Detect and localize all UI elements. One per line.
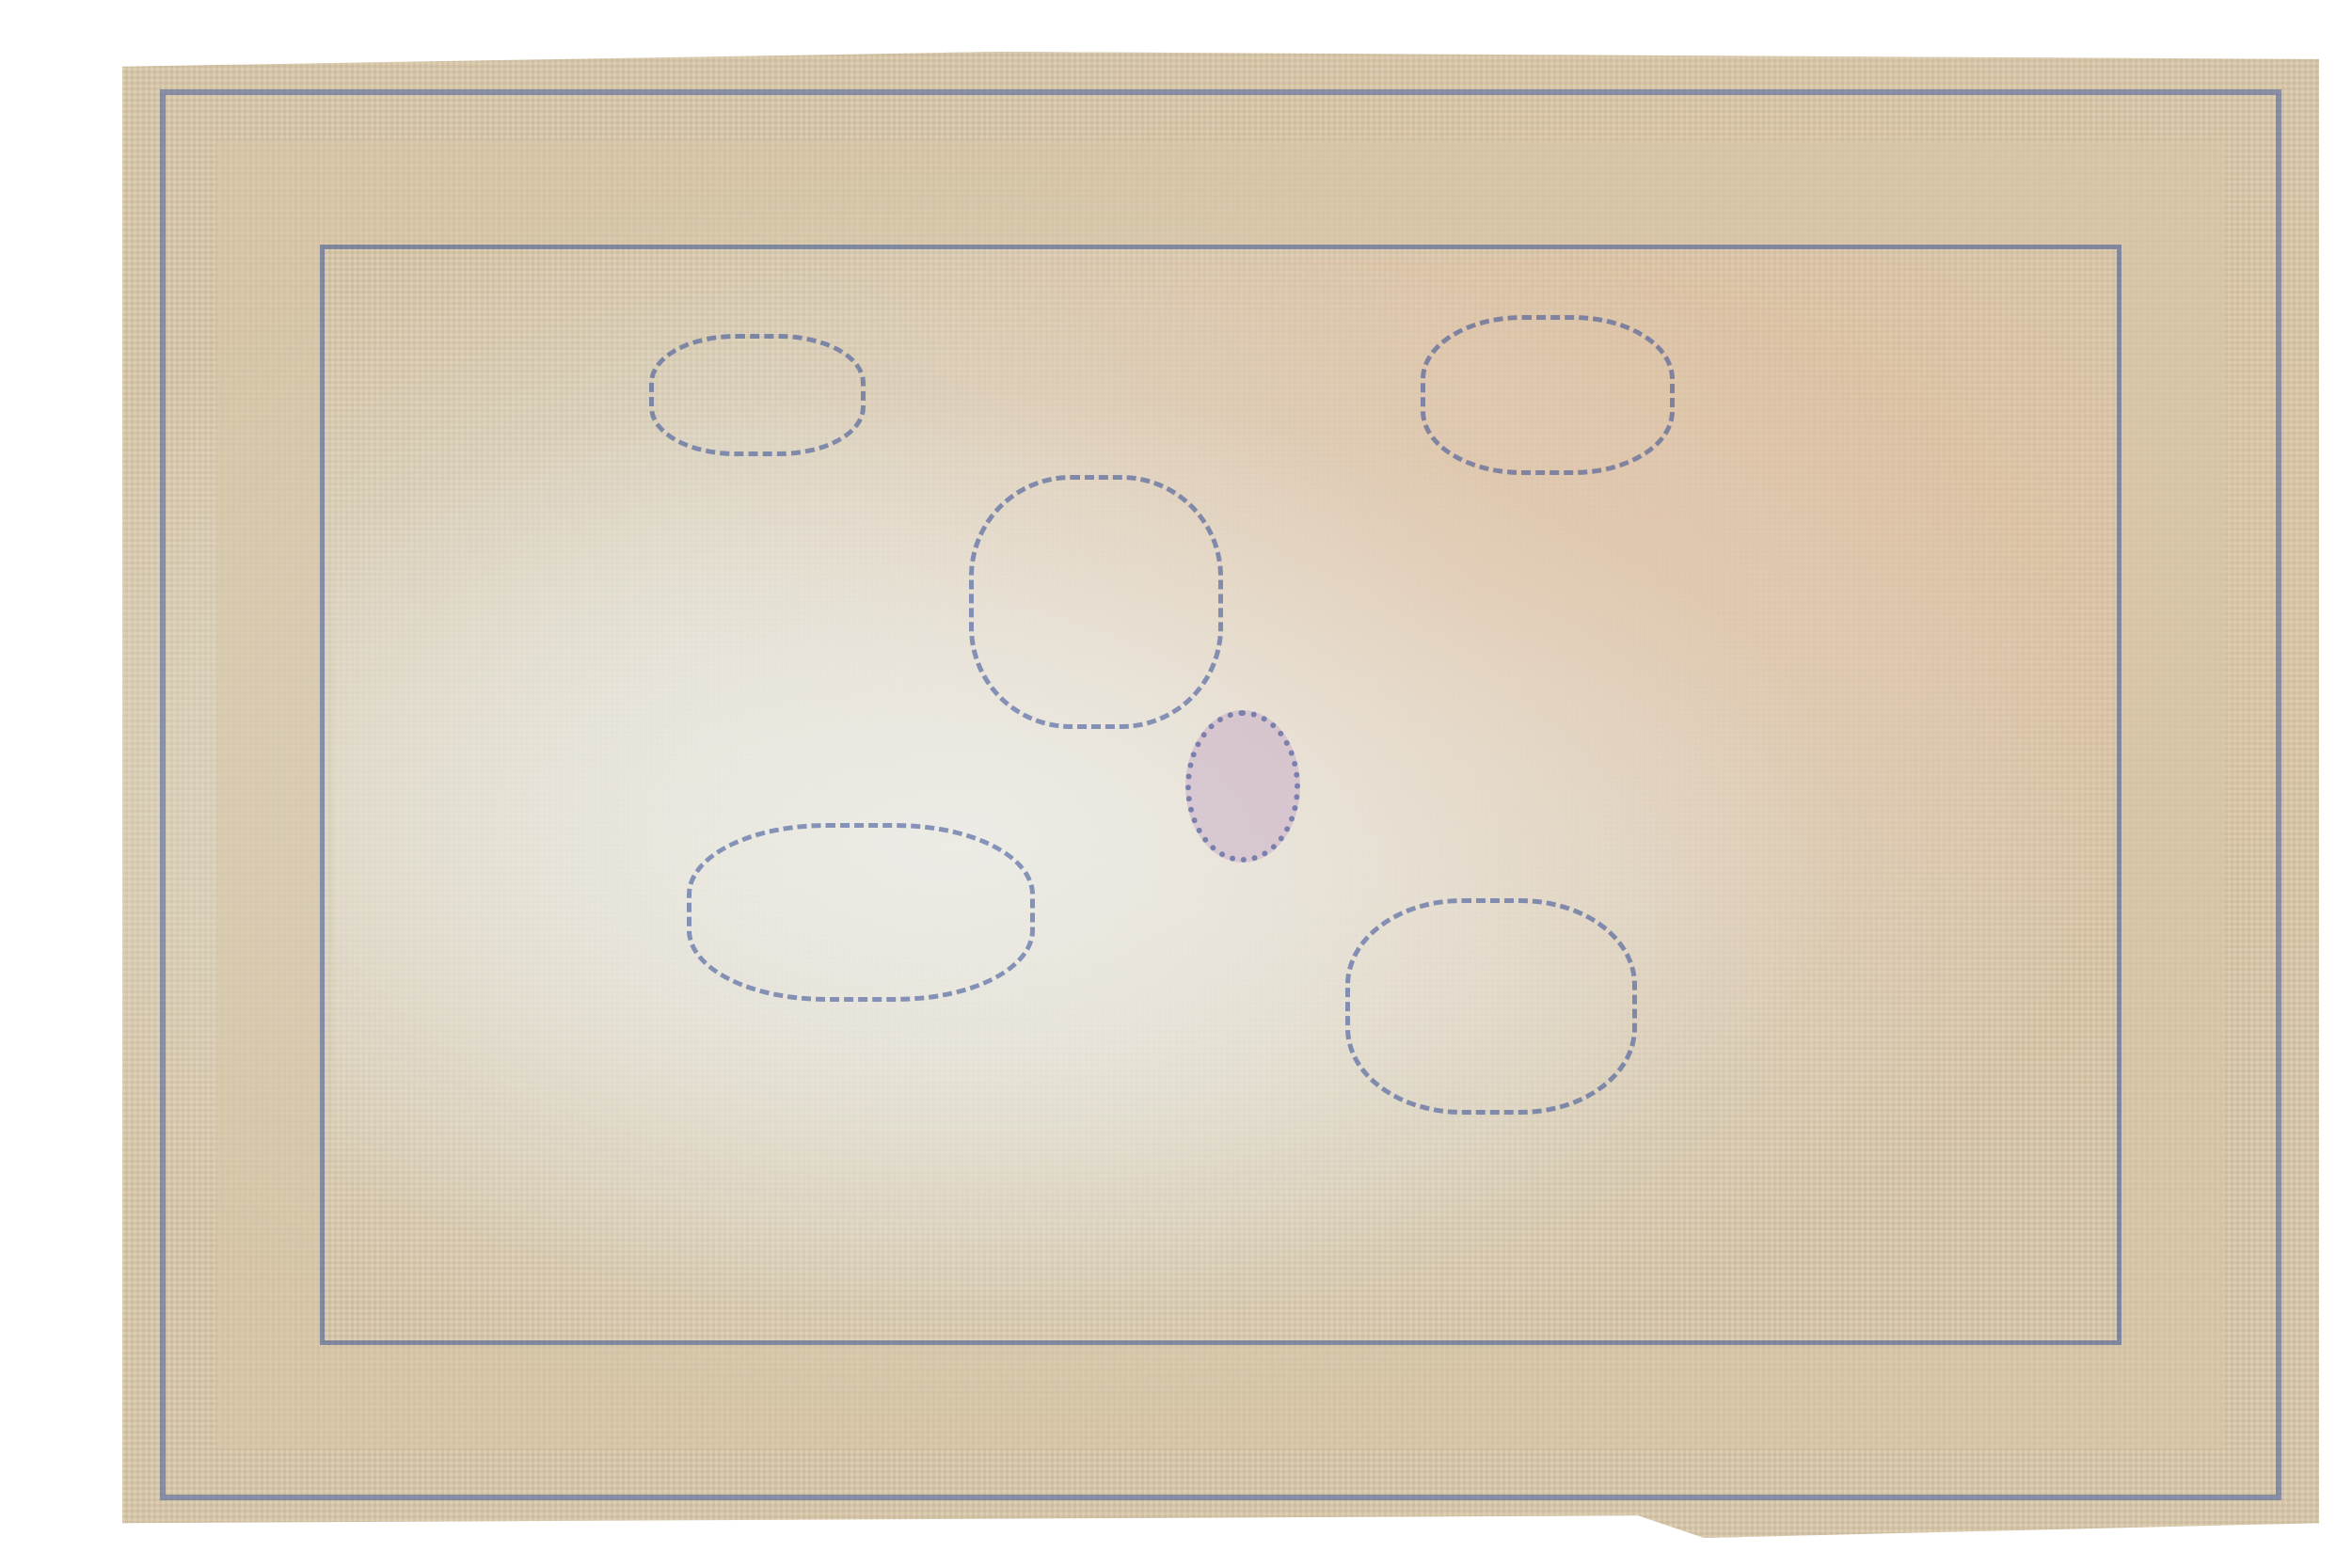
rug: [122, 52, 2319, 1538]
rug-motif: [687, 823, 1035, 1002]
rug-motif: [969, 475, 1223, 729]
rug-motif: [1421, 315, 1675, 475]
rug-center-medallion: [1185, 710, 1300, 863]
rug-motif: [1345, 898, 1637, 1115]
rug-motif: [649, 334, 866, 456]
